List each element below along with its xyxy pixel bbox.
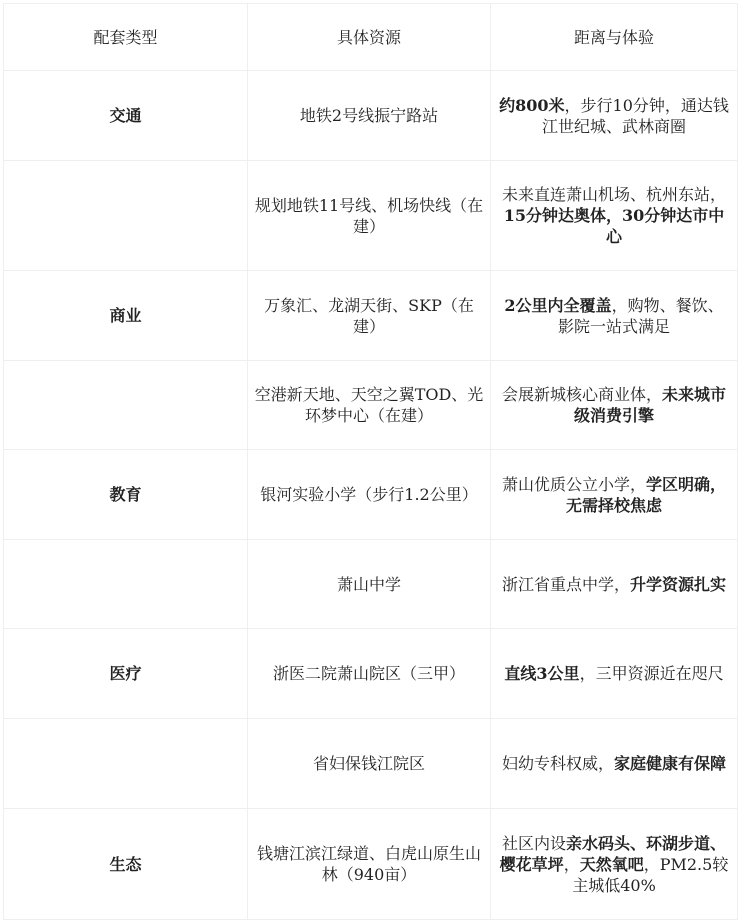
detail-cell: 萧山优质公立小学，学区明确，无需择校焦虑 <box>491 450 738 540</box>
detail-highlight: 2公里内全覆盖 <box>504 296 611 315</box>
resource-cell: 钱塘江滨江绿道、白虎山原生山林（940亩） <box>248 809 491 920</box>
category-cell <box>4 540 248 629</box>
table-row: 教育银河实验小学（步行1.2公里）萧山优质公立小学，学区明确，无需择校焦虑 <box>4 450 738 540</box>
detail-cell: 浙江省重点中学，升学资源扎实 <box>491 540 738 629</box>
resource-cell: 银河实验小学（步行1.2公里） <box>248 450 491 540</box>
resource-cell: 萧山中学 <box>248 540 491 629</box>
detail-cell: 2公里内全覆盖，购物、餐饮、影院一站式满足 <box>491 271 738 361</box>
detail-text: 会展新城核心商业体， <box>502 385 662 404</box>
detail-text: 妇幼专科权威， <box>502 754 614 773</box>
category-cell: 交通 <box>4 71 248 161</box>
header-resource: 具体资源 <box>248 4 491 71</box>
resource-cell: 万象汇、龙湖天街、SKP（在建） <box>248 271 491 361</box>
detail-highlight: 天然氧吧 <box>580 855 644 874</box>
category-cell <box>4 161 248 271</box>
detail-text: ， <box>564 855 580 874</box>
detail-cell: 直线3公里，三甲资源近在咫尺 <box>491 629 738 719</box>
resource-cell: 浙医二院萧山院区（三甲） <box>248 629 491 719</box>
category-cell: 医疗 <box>4 629 248 719</box>
table-row: 医疗浙医二院萧山院区（三甲）直线3公里，三甲资源近在咫尺 <box>4 629 738 719</box>
table-header-row: 配套类型 具体资源 距离与体验 <box>4 4 738 71</box>
detail-highlight: 直线3公里 <box>504 664 579 683</box>
detail-cell: 社区内设亲水码头、环湖步道、樱花草坪，天然氧吧，PM2.5较主城低40% <box>491 809 738 920</box>
resource-cell: 省妇保钱江院区 <box>248 719 491 809</box>
table-row: 交通地铁2号线振宁路站约800米，步行10分钟，通达钱江世纪城、武林商圈 <box>4 71 738 161</box>
table-row: 萧山中学浙江省重点中学，升学资源扎实 <box>4 540 738 629</box>
category-cell <box>4 719 248 809</box>
category-cell: 教育 <box>4 450 248 540</box>
detail-text: ，步行10分钟，通达钱江世纪城、武林商圈 <box>542 96 729 136</box>
detail-text: ，三甲资源近在咫尺 <box>580 664 724 683</box>
table-row: 省妇保钱江院区妇幼专科权威，家庭健康有保障 <box>4 719 738 809</box>
detail-cell: 未来直连萧山机场、杭州东站，15分钟达奥体，30分钟达市中心 <box>491 161 738 271</box>
detail-highlight: 约800米 <box>499 96 564 115</box>
category-cell <box>4 361 248 450</box>
detail-cell: 约800米，步行10分钟，通达钱江世纪城、武林商圈 <box>491 71 738 161</box>
detail-text: 社区内设 <box>502 834 566 853</box>
table-row: 空港新天地、天空之翼TOD、光环梦中心（在建）会展新城核心商业体，未来城市级消费… <box>4 361 738 450</box>
resource-cell: 规划地铁11号线、机场快线（在建） <box>248 161 491 271</box>
header-category: 配套类型 <box>4 4 248 71</box>
table-row: 规划地铁11号线、机场快线（在建）未来直连萧山机场、杭州东站，15分钟达奥体，3… <box>4 161 738 271</box>
detail-highlight: 升学资源扎实 <box>630 575 726 594</box>
resource-cell: 空港新天地、天空之翼TOD、光环梦中心（在建） <box>248 361 491 450</box>
amenities-table: 配套类型 具体资源 距离与体验 交通地铁2号线振宁路站约800米，步行10分钟，… <box>3 3 738 920</box>
category-cell: 商业 <box>4 271 248 361</box>
detail-highlight: 15分钟达奥体，30分钟达市中心 <box>504 206 725 246</box>
resource-cell: 地铁2号线振宁路站 <box>248 71 491 161</box>
detail-cell: 妇幼专科权威，家庭健康有保障 <box>491 719 738 809</box>
table-row: 商业万象汇、龙湖天街、SKP（在建）2公里内全覆盖，购物、餐饮、影院一站式满足 <box>4 271 738 361</box>
detail-text: 萧山优质公立小学， <box>502 475 646 494</box>
detail-text: 未来直连萧山机场、杭州东站， <box>502 185 726 204</box>
category-cell: 生态 <box>4 809 248 920</box>
detail-highlight: 家庭健康有保障 <box>614 754 726 773</box>
table-row: 生态钱塘江滨江绿道、白虎山原生山林（940亩）社区内设亲水码头、环湖步道、樱花草… <box>4 809 738 920</box>
detail-cell: 会展新城核心商业体，未来城市级消费引擎 <box>491 361 738 450</box>
detail-text: 浙江省重点中学， <box>502 575 630 594</box>
header-detail: 距离与体验 <box>491 4 738 71</box>
